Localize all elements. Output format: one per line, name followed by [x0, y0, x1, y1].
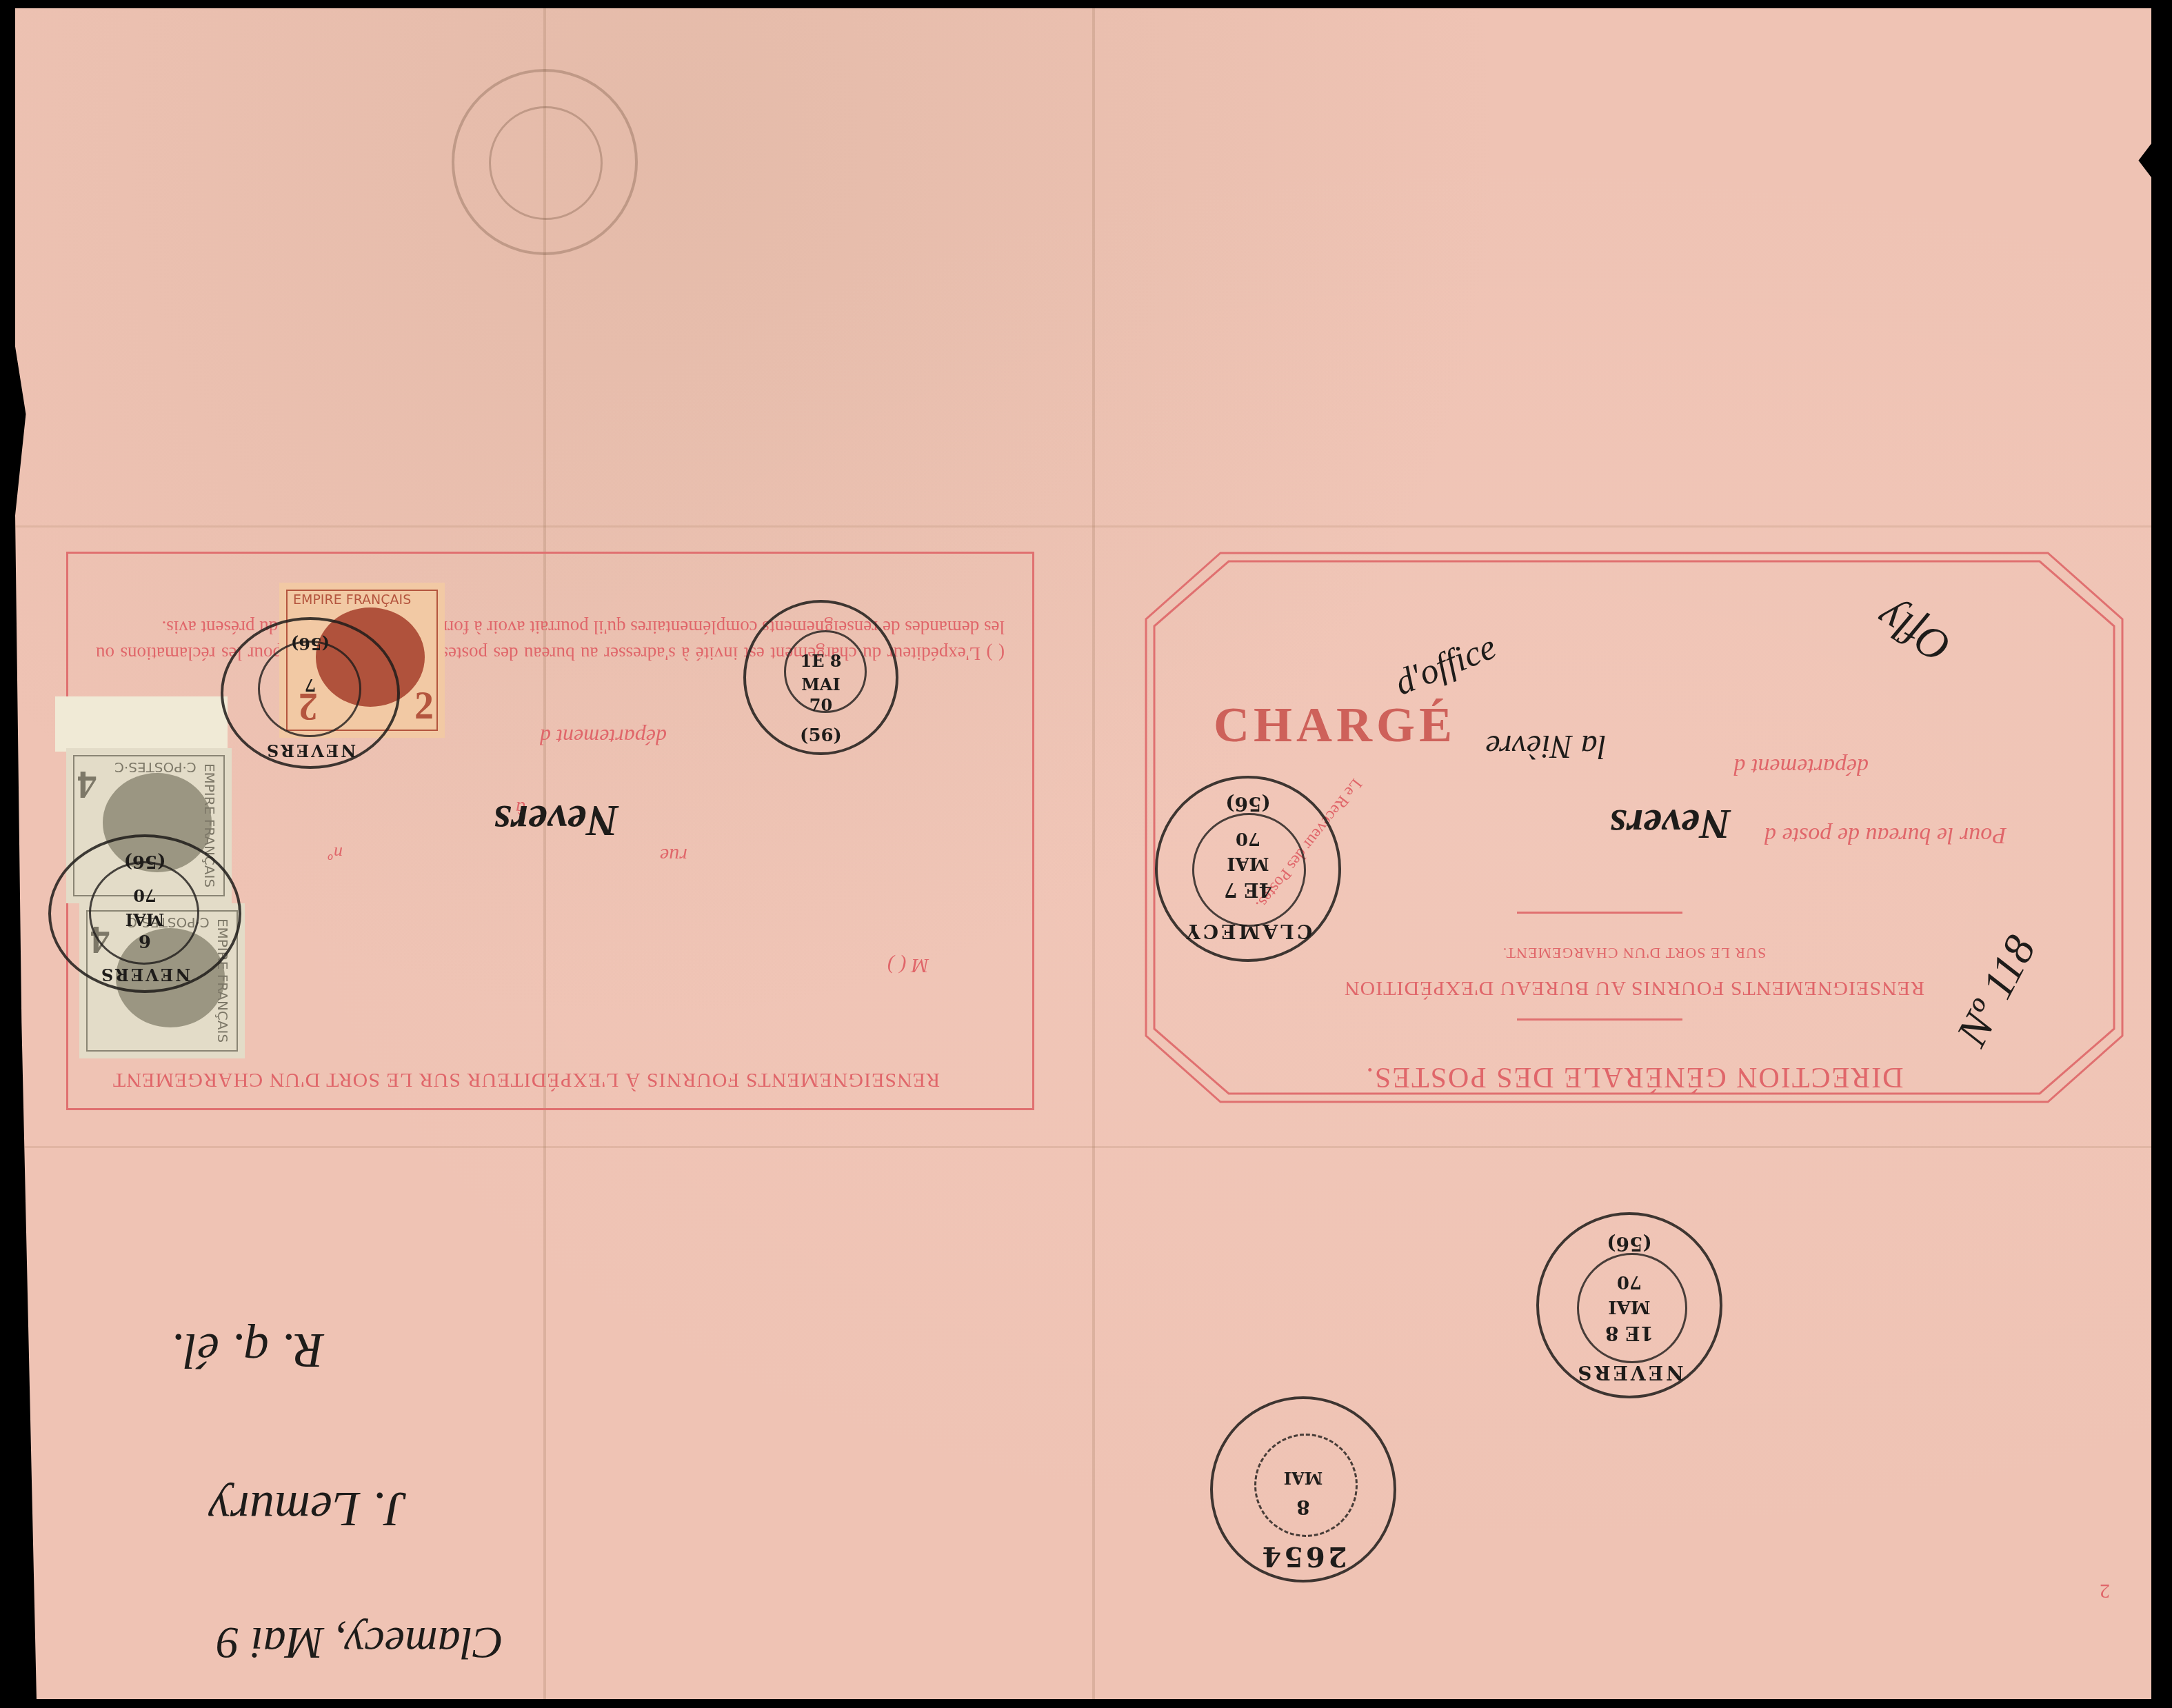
postmark-nevers-6-mai: (56) 70 MAI 6 NEVERS: [48, 834, 241, 993]
form-heading: DIRECTION GÉNÉRALE DES POSTES.: [1138, 1061, 2131, 1094]
page-number: 2: [2100, 1579, 2110, 1602]
handwritten-department: la Nièvre: [1486, 727, 1607, 765]
handwritten-city: Nevers: [494, 795, 619, 846]
handwritten-note: Clamecy, Mai 9 J. Lemury R. q. él.: [76, 1269, 531, 1682]
note-line-name: J. Lemury: [208, 1480, 407, 1538]
postmark-2654: MAI 8 2654: [1210, 1396, 1396, 1583]
fold-line: [1092, 8, 1095, 1699]
fold-line: [15, 525, 2151, 528]
divider: [1517, 1018, 1682, 1021]
charge-handstamp: CHARGÉ: [1214, 696, 1456, 754]
handwritten-city: Nevers: [1609, 799, 1731, 848]
postmark-nevers-8-mai-left: 1E 8 MAI 70 (56): [743, 600, 898, 755]
divider: [1517, 912, 1682, 914]
addressee-label: M ( ): [887, 954, 929, 977]
faint-postmark: [452, 69, 638, 255]
form-title: RENSEIGNEMENTS FOURNIS À L'EXPÉDITEUR SU…: [89, 1068, 963, 1092]
postmark-nevers-7-mai: (56) 7 NEVERS: [221, 617, 400, 769]
department-label: département d: [540, 724, 667, 750]
fold-line: [15, 1146, 2151, 1148]
bureau-label: Pour le bureau de poste d: [1764, 822, 2007, 848]
department-label: département d: [1734, 753, 1869, 779]
postmark-clamecy: (56) 70 MAI 4E 7 CLAMECY: [1155, 776, 1341, 962]
number-label: nº: [328, 843, 343, 863]
street-label: rue: [660, 843, 687, 867]
note-line-date: Clamecy, Mai 9: [217, 1616, 503, 1669]
sheet-margin: [55, 696, 228, 752]
postmark-nevers-8-mai-right: (56) 70 MAI 1E 8 NEVERS: [1536, 1212, 1722, 1398]
note-line-initials: R. q. él.: [171, 1322, 324, 1379]
